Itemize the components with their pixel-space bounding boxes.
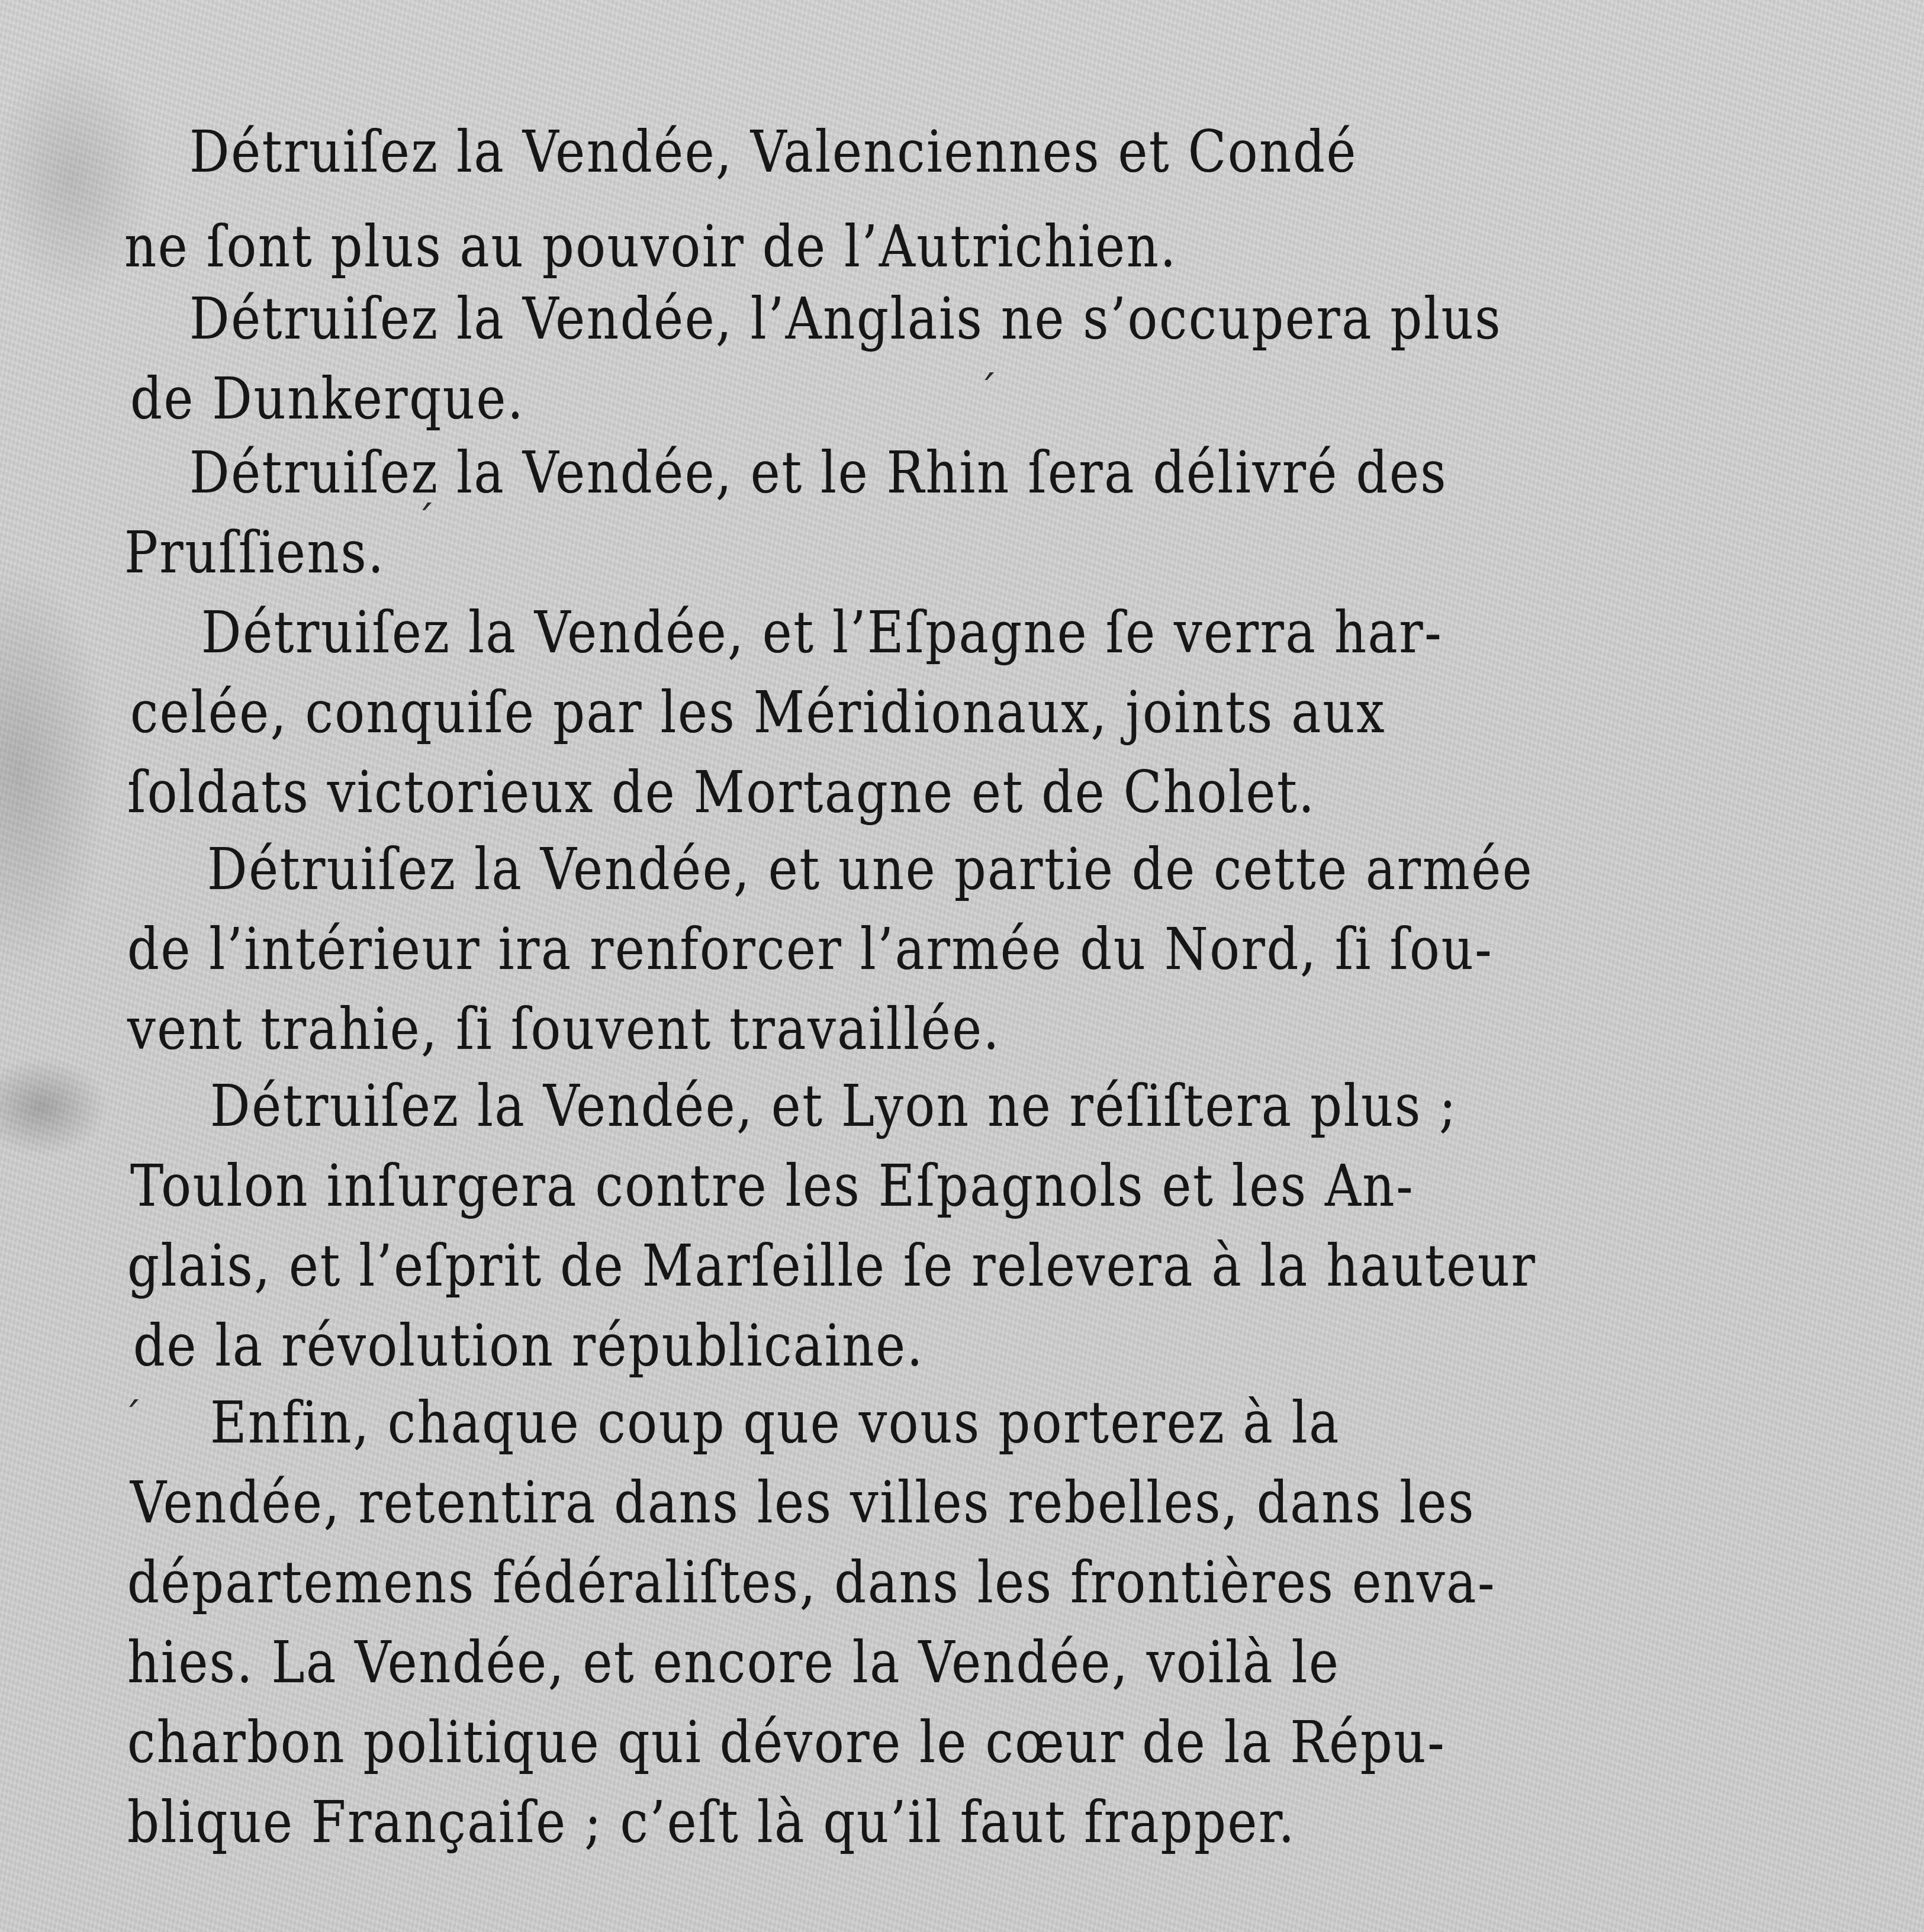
document-text: Détruiſez la Vendée, Valenciennes et Con…	[0, 0, 1924, 1932]
text-line: celée, conquiſe par les Méridionaux, joi…	[130, 684, 1386, 742]
text-line: Détruiſez la Vendée, l’Anglais ne s’occu…	[189, 290, 1502, 348]
text-line: de Dunkerque.	[130, 370, 525, 428]
stray-accent-mark: ´	[414, 497, 435, 546]
text-line: de la révolution républicaine.	[133, 1317, 924, 1375]
text-line: Détruiſez la Vendée, Valenciennes et Con…	[189, 123, 1357, 181]
text-line: ne ſont plus au pouvoir de l’Autrichien.	[124, 218, 1177, 276]
text-line: glais, et l’eſprit de Marſeille ſe relev…	[127, 1237, 1536, 1295]
text-line: blique Françaiſe ; c’eſt là qu’il faut f…	[127, 1793, 1296, 1851]
text-line: vent trahie, ſi ſouvent travaillée.	[127, 1000, 1000, 1058]
text-line: Détruiſez la Vendée, et Lyon ne réſiſter…	[210, 1077, 1458, 1135]
text-line: charbon politique qui dévore le cœur de …	[127, 1714, 1446, 1772]
text-line: Vendée, retentira dans les villes rebell…	[130, 1474, 1475, 1532]
text-line: ſoldats victorieux de Mortagne et de Cho…	[127, 764, 1316, 822]
stray-accent-mark: ´	[121, 1394, 142, 1442]
text-line: Détruiſez la Vendée, et le Rhin ſera dél…	[189, 444, 1447, 502]
text-line: de l’intérieur ira renforcer l’armée du …	[127, 920, 1493, 978]
text-line: hies. La Vendée, et encore la Vendée, vo…	[127, 1634, 1340, 1692]
text-line: Toulon inſurgera contre les Eſpagnols et…	[130, 1157, 1414, 1215]
text-line: Enfin, chaque coup que vous porterez à l…	[210, 1394, 1340, 1452]
text-line: Pruſſiens.	[124, 524, 385, 582]
stray-accent-mark: ´	[977, 367, 998, 416]
text-line: départemens fédéraliſtes, dans les front…	[127, 1554, 1496, 1612]
text-line: Détruiſez la Vendée, et une partie de ce…	[207, 841, 1533, 899]
document-page: Détruiſez la Vendée, Valenciennes et Con…	[0, 0, 1924, 1932]
text-line: Détruiſez la Vendée, et l’Eſpagne ſe ver…	[201, 604, 1443, 662]
